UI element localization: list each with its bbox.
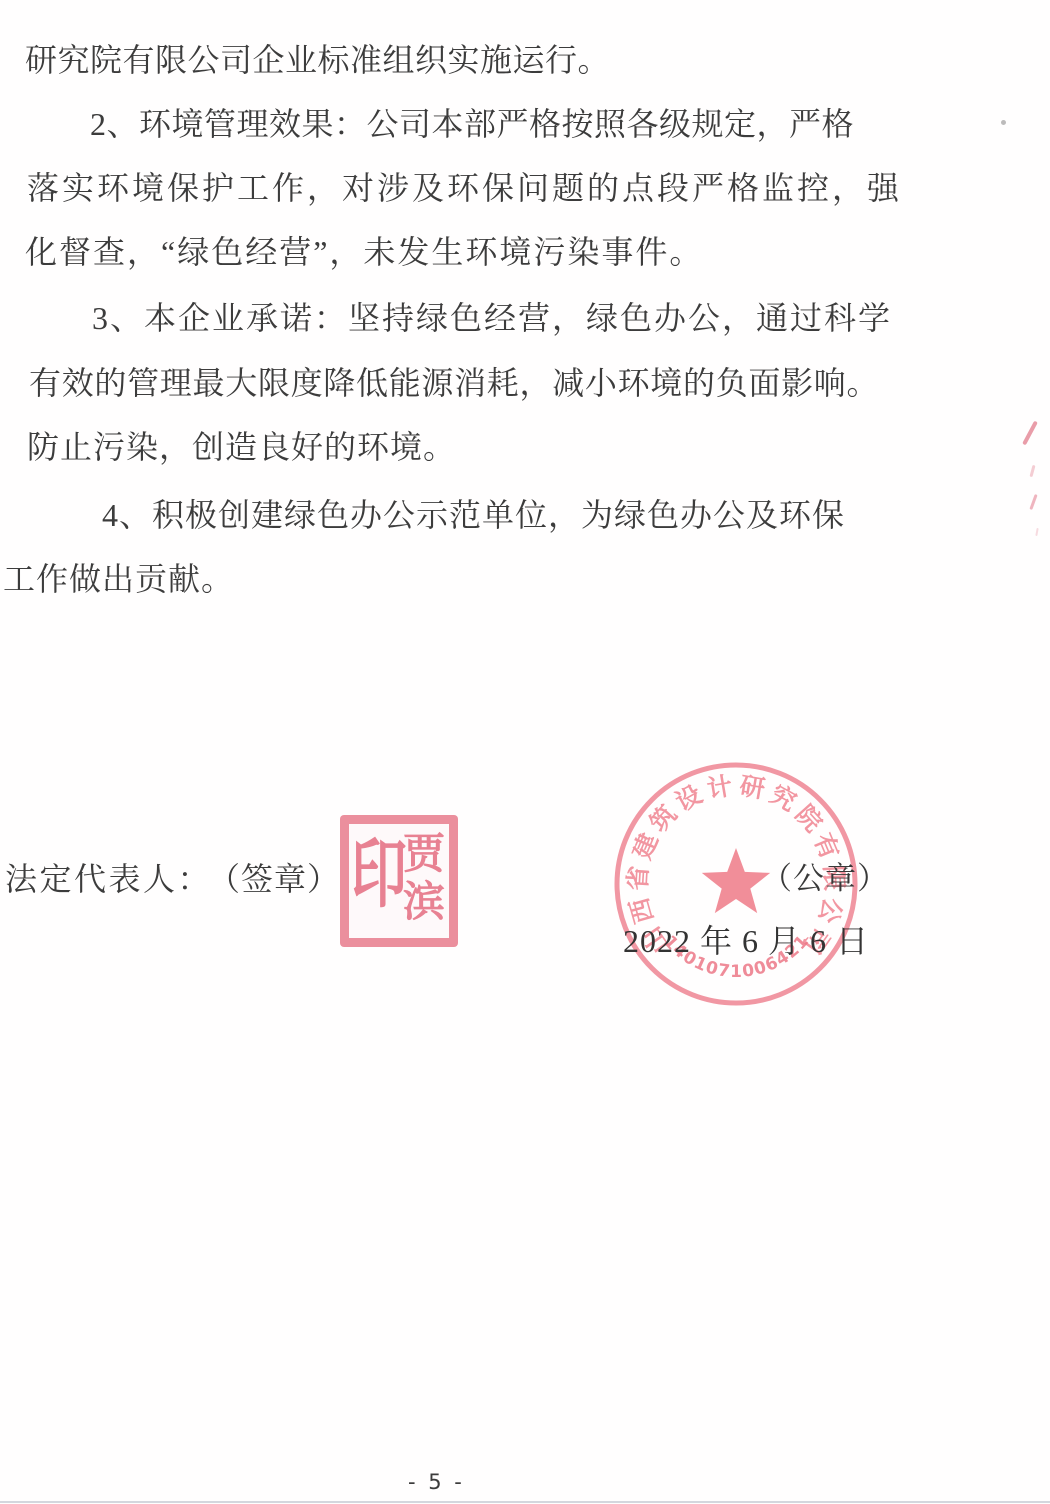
personal-name-seal: 印 贾 滨 xyxy=(340,815,458,947)
svg-text:设: 设 xyxy=(671,780,706,817)
svg-text:筑: 筑 xyxy=(645,800,683,837)
paragraph-line: 3、本企业承诺：坚持绿色经营，绿色办公，通过科学 xyxy=(92,298,892,338)
svg-text:7: 7 xyxy=(716,960,731,981)
pink-ink-smudge xyxy=(1029,465,1035,477)
pink-ink-smudge xyxy=(1022,421,1038,446)
svg-text:院: 院 xyxy=(790,800,828,837)
scan-speck xyxy=(1001,120,1006,125)
paragraph-line: 工作做出贡献。 xyxy=(3,559,234,599)
seal-character: 滨 xyxy=(403,882,445,924)
paragraph-line: 落实环境保护工作，对涉及环保问题的点段严格监控，强 xyxy=(27,168,902,208)
svg-text:研: 研 xyxy=(738,772,767,804)
pink-ink-smudge xyxy=(1035,528,1038,536)
seal-character: 贾 xyxy=(403,834,445,876)
signature-hint: （签章） xyxy=(224,861,340,897)
paragraph-line: 4、积极创建绿色办公示范单位，为绿色办公及环保 xyxy=(102,495,845,535)
document-page: 研究院有限公司企业标准组织实施运行。 2、环境管理效果：公司本部严格按照各级规定… xyxy=(0,0,1050,1504)
seal-character: 印 xyxy=(351,838,407,914)
paragraph-line: 2、环境管理效果：公司本部严格按照各级规定，严格 xyxy=(90,104,854,144)
svg-text:究: 究 xyxy=(765,779,801,816)
svg-text:省: 省 xyxy=(624,865,653,892)
svg-text:计: 计 xyxy=(705,772,734,804)
paragraph-line: 有效的管理最大限度降低能源消耗，减小环境的负面影响。 xyxy=(29,363,879,403)
page-number: - 5 - xyxy=(408,1470,465,1494)
document-date: 2022 年 6 月 6 日 xyxy=(623,916,869,962)
company-seal-hint: （公章） xyxy=(761,853,889,898)
paragraph-line: 防止污染，创造良好的环境。 xyxy=(27,427,456,467)
seal-star-icon xyxy=(702,848,770,913)
scan-edge-line xyxy=(0,1501,1050,1503)
legal-representative-label: 法定代表人： xyxy=(5,861,212,897)
signature-row: 法定代表人：（签章） xyxy=(5,854,340,900)
svg-text:建: 建 xyxy=(628,829,663,863)
paragraph-line: 研究院有限公司企业标准组织实施运行。 xyxy=(25,40,610,80)
svg-text:1: 1 xyxy=(730,962,742,982)
pink-ink-smudge xyxy=(1029,494,1037,510)
paragraph-line: 化督查，“绿色经营”，未发生环境污染事件。 xyxy=(25,232,703,272)
